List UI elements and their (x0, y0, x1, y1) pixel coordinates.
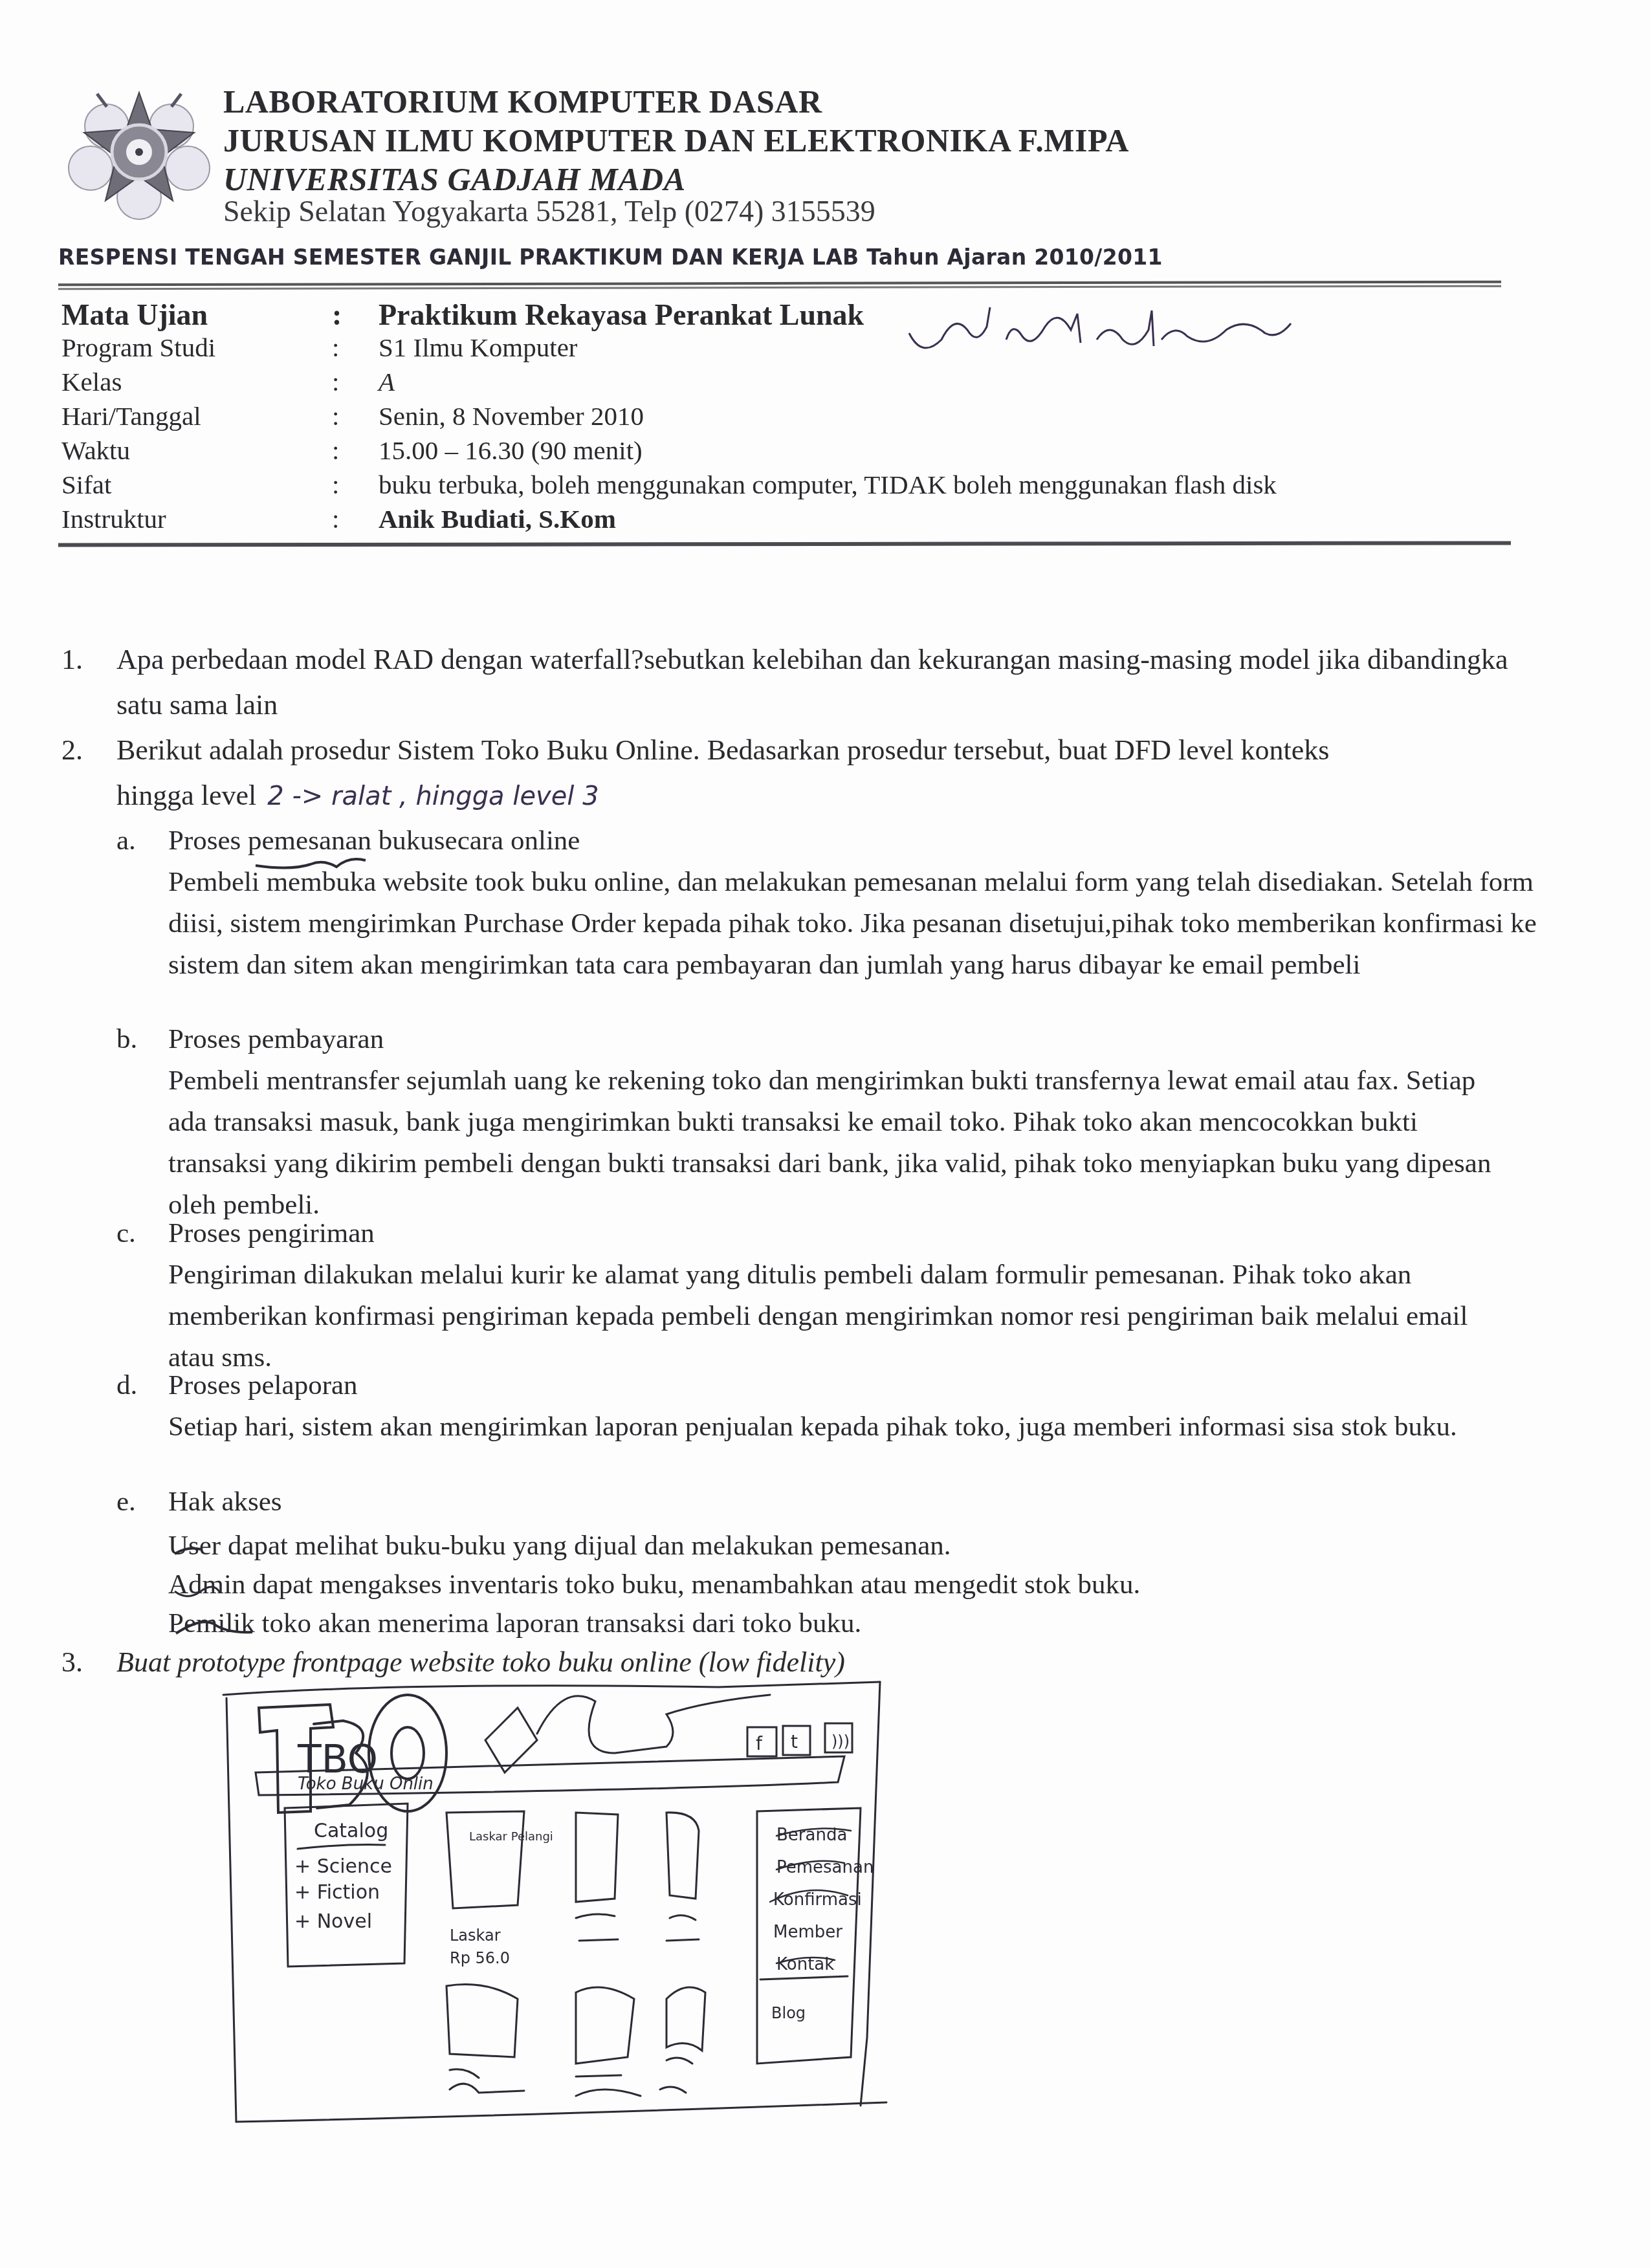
question-text: Apa perbedaan model RAD dengan waterfall… (116, 637, 1553, 728)
department-name: JURUSAN ILMU KOMPUTER DAN ELEKTRONIKA F.… (223, 122, 1129, 159)
info-label: Hari/Tanggal (61, 400, 201, 431)
question-1: 1. Apa perbedaan model RAD dengan waterf… (61, 637, 1550, 728)
info-value: Praktikum Rekayasa Perankat Lunak (379, 298, 864, 332)
procedure-body: Pembeli membuka website took buku online… (168, 862, 1566, 986)
info-value: A (379, 366, 395, 397)
info-label: Mata Ujian (61, 298, 208, 332)
procedure-title: Hak akses (168, 1481, 282, 1523)
handwritten-underline (252, 853, 395, 872)
procedure-e: e. Hak akses User dapat melihat buku-buk… (116, 1481, 1540, 1637)
access-user: User dapat melihat buku-buku yang dijual… (168, 1527, 1527, 1565)
svg-text:Laskar: Laskar (450, 1926, 501, 1945)
access-admin: Admin dapat mengakses inventaris toko bu… (168, 1565, 1527, 1604)
procedure-letter: d. (116, 1365, 137, 1406)
university-seal-icon (61, 81, 217, 223)
sketch-book-cover-label: Laskar Pelangi (469, 1830, 553, 1844)
procedure-title: Proses pengiriman (168, 1213, 375, 1254)
info-row: Program Studi : S1 Ilmu Komputer (61, 332, 1550, 366)
procedure-body: Pembeli mentransfer sejumlah uang ke rek… (168, 1060, 1501, 1226)
info-value: S1 Ilmu Komputer (379, 332, 577, 363)
procedure-letter: a. (116, 820, 136, 862)
access-owner: Pemilik toko akan menerima laporan trans… (168, 1604, 1527, 1643)
question-text: Berikut adalah prosedur Sistem Toko Buku… (116, 728, 1540, 773)
exam-title: RESPENSI TENGAH SEMESTER GANJIL PRAKTIKU… (58, 245, 1163, 270)
info-value: 15.00 – 16.30 (90 menit) (379, 435, 643, 466)
info-colon: : (332, 503, 339, 534)
info-value: buku terbuka, boleh menggunakan computer… (379, 469, 1277, 500)
handwritten-correction: 2 -> ralat , hingga level 3 (267, 781, 599, 811)
address: Sekip Selatan Yogyakarta 55281, Telp (02… (223, 194, 875, 228)
procedure-title: Proses pembayaran (168, 1019, 384, 1060)
info-value: Anik Budiati, S.Kom (379, 503, 616, 534)
handwritten-basmala (903, 294, 1304, 365)
procedure-body: Pengiriman dilakukan melalui kurir ke al… (168, 1254, 1514, 1379)
svg-text:f: f (756, 1733, 763, 1754)
question-number: 2. (61, 728, 83, 773)
info-label: Kelas (61, 366, 122, 397)
header-divider (58, 281, 1501, 290)
procedure-d: d. Proses pelaporan Setiap hari, sistem … (116, 1365, 1540, 1488)
info-value: Senin, 8 November 2010 (379, 400, 644, 431)
info-row: Mata Ujian : Praktikum Rekayasa Perankat… (61, 298, 1550, 332)
svg-text:t: t (791, 1731, 798, 1752)
info-colon: : (332, 469, 339, 500)
info-row: Kelas : A (61, 366, 1550, 400)
procedure-b: b. Proses pembayaran Pembeli mentransfer… (116, 1019, 1540, 1226)
info-colon: : (332, 400, 339, 431)
procedure-title: Proses pelaporan (168, 1365, 358, 1406)
info-divider (58, 541, 1511, 547)
question-number: 1. (61, 637, 83, 682)
info-label: Sifat (61, 469, 111, 500)
procedure-letter: b. (116, 1019, 137, 1060)
procedure-a: a. Proses pemesanan bukusecara online Pe… (116, 820, 1540, 1027)
info-label: Instruktur (61, 503, 166, 534)
info-row: Hari/Tanggal : Senin, 8 November 2010 (61, 400, 1550, 435)
info-row: Instruktur : Anik Budiati, S.Kom (61, 503, 1550, 538)
svg-text:+ Novel: + Novel (294, 1910, 372, 1933)
svg-text:Konfirmasi: Konfirmasi (773, 1890, 862, 1910)
info-colon: : (332, 332, 339, 363)
access-rights-list: User dapat melihat buku-buku yang dijual… (168, 1527, 1527, 1643)
question-text-continued: hingga level 2 -> ralat , hingga level 3 (116, 773, 1540, 819)
procedure-letter: e. (116, 1481, 136, 1523)
sketch-blog-label: Blog (771, 2004, 806, 2022)
question-2: 2. Berikut adalah prosedur Sistem Toko B… (61, 728, 1550, 818)
website-prototype-sketch: TBO f t ))) Toko Buku Onlin Catalog + Sc… (214, 1675, 893, 2128)
svg-text:Member: Member (773, 1923, 842, 1942)
info-colon: : (332, 366, 339, 397)
sketch-tagline: Toko Buku Onlin (298, 1774, 434, 1794)
sketch-catalog-title: Catalog (314, 1820, 388, 1842)
lab-name: LABORATORIUM KOMPUTER DASAR (223, 83, 822, 120)
info-colon: : (332, 435, 339, 466)
info-row: Sifat : buku terbuka, boleh menggunakan … (61, 469, 1550, 503)
procedure-c: c. Proses pengiriman Pengiriman dilakuka… (116, 1213, 1540, 1375)
procedure-body: Setiap hari, sistem akan mengirimkan lap… (168, 1406, 1559, 1448)
info-label: Program Studi (61, 332, 215, 363)
svg-text:+ Fiction: + Fiction (294, 1881, 380, 1904)
exam-info-table: Mata Ujian : Praktikum Rekayasa Perankat… (61, 298, 1550, 538)
svg-text:))): ))) (831, 1732, 850, 1750)
info-colon: : (332, 298, 342, 332)
info-row: Waktu : 15.00 – 16.30 (90 menit) (61, 435, 1550, 469)
question-number: 3. (61, 1640, 83, 1685)
svg-text:Rp 56.0: Rp 56.0 (450, 1949, 510, 1967)
svg-text:+ Science: + Science (294, 1855, 392, 1878)
question-text-level: hingga level (116, 780, 256, 811)
university-name: UNIVERSITAS GADJAH MADA (223, 160, 686, 198)
info-label: Waktu (61, 435, 130, 466)
procedure-letter: c. (116, 1213, 136, 1254)
